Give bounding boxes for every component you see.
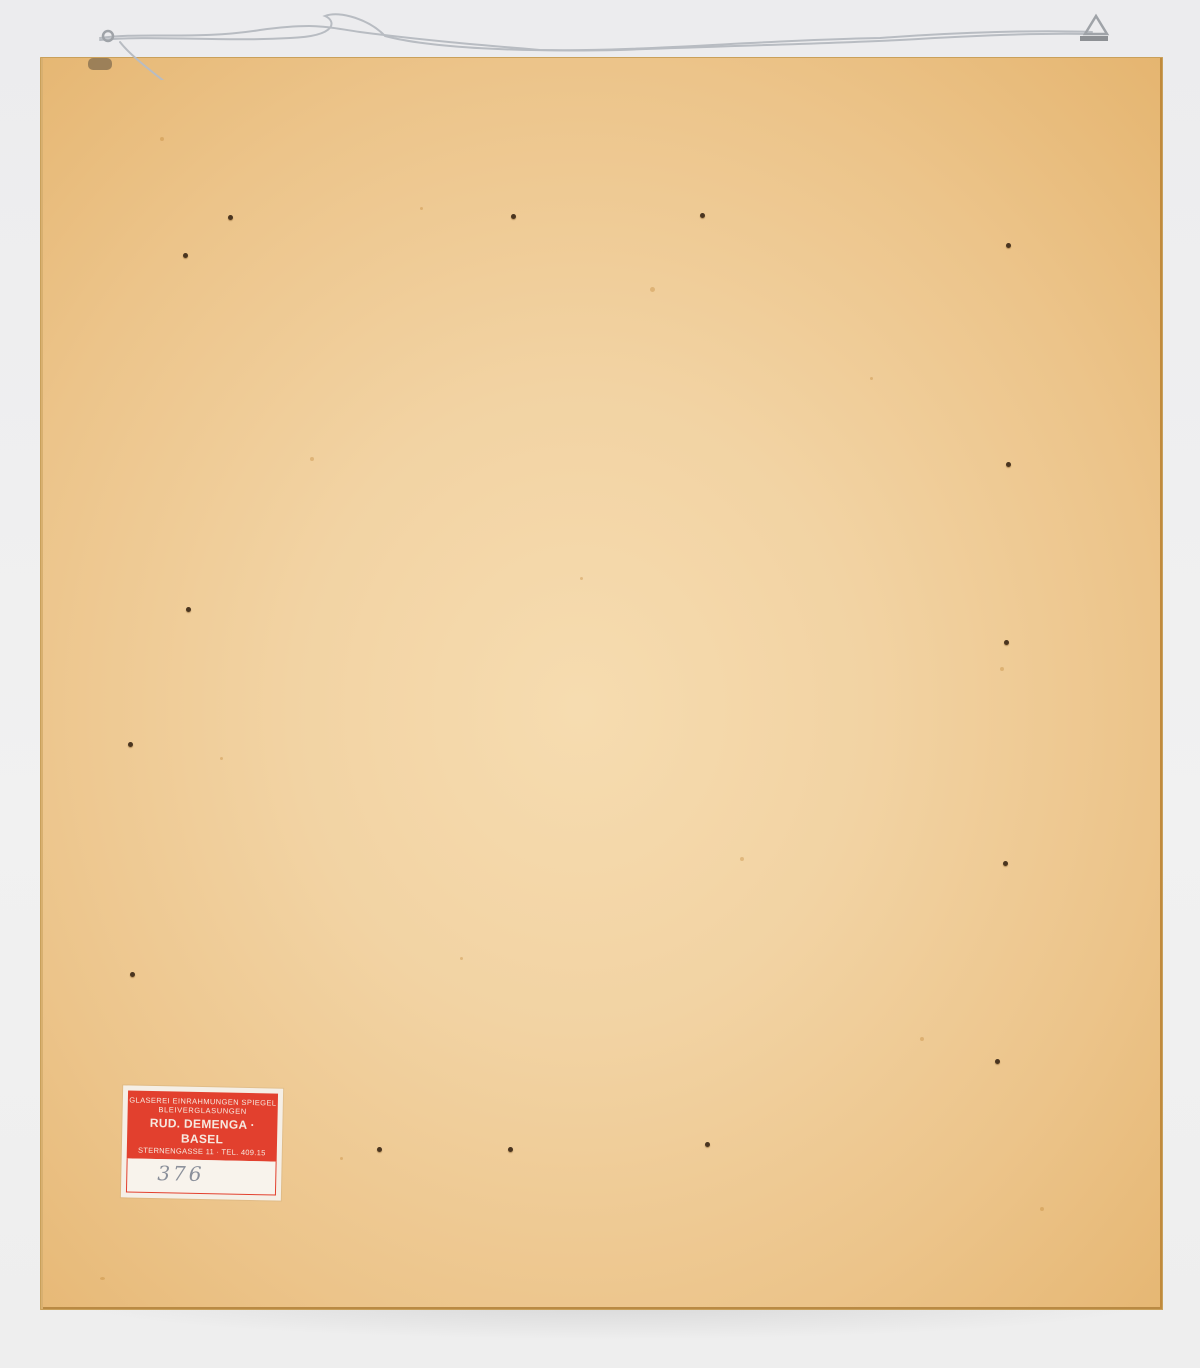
nail-hole <box>508 1147 513 1152</box>
nail-hole <box>1003 861 1008 866</box>
label-address: STERNENGASSE 11 · TEL. 409.15 <box>127 1145 277 1158</box>
nail-hole <box>377 1147 382 1152</box>
nail-hole <box>1006 462 1011 467</box>
nail-hole <box>511 214 516 219</box>
nail-hole <box>128 742 133 747</box>
nail-hole <box>228 215 233 220</box>
nail-hole <box>1006 243 1011 248</box>
hanging-wire <box>0 0 1200 80</box>
nail-hole <box>705 1142 710 1147</box>
nail-hole <box>995 1059 1000 1064</box>
label-company-name: RUD. DEMENGA · BASEL <box>127 1115 278 1148</box>
nail-hole <box>186 607 191 612</box>
handwritten-number: 376 <box>157 1161 205 1186</box>
label-number-field: 376 <box>126 1158 277 1195</box>
nail-hole <box>700 213 705 218</box>
nail-hole <box>130 972 135 977</box>
d-ring-hanger-right <box>1080 36 1108 41</box>
nail-hole <box>183 253 188 258</box>
nail-hole <box>1004 640 1009 645</box>
d-ring-hanger-left <box>88 58 112 70</box>
label-header: GLASEREI EINRAHMUNGEN SPIEGEL BLEIVERGLA… <box>127 1090 278 1161</box>
framer-label: GLASEREI EINRAHMUNGEN SPIEGEL BLEIVERGLA… <box>121 1085 283 1200</box>
